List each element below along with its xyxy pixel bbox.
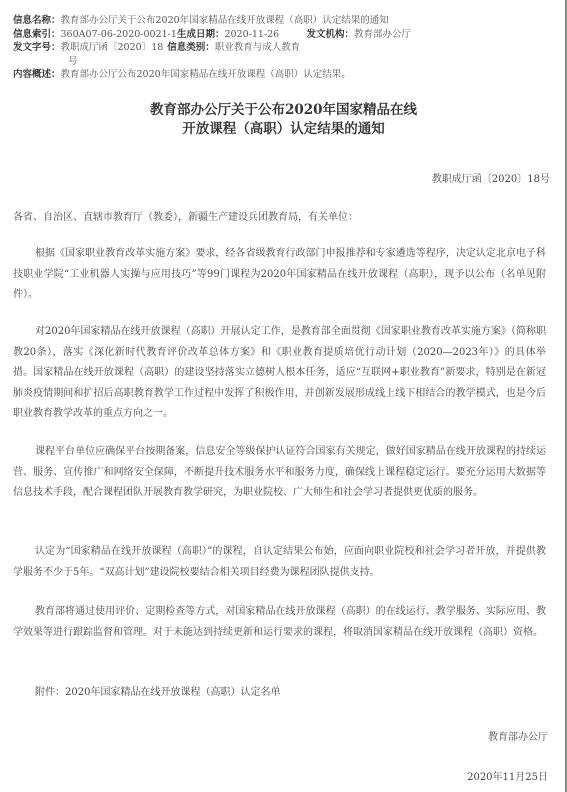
- paragraph-2: 对2020年国家精品在线开放课程（高职）开展认定工作，是教育部全面贯彻《国家职业…: [13, 322, 546, 425]
- meta-docnum-label: 发文字号：: [13, 41, 61, 55]
- document-page: 信息名称： 教育部办公厅关于公布2020年国家精品在线开放课程（高职）认定结果的…: [0, 0, 567, 792]
- meta-row-name: 信息名称： 教育部办公厅关于公布2020年国家精品在线开放课程（高职）认定结果的…: [13, 14, 411, 28]
- metadata-table: 信息名称： 教育部办公厅关于公布2020年国家精品在线开放课程（高职）认定结果的…: [13, 14, 411, 82]
- paragraph-5: 教育部将通过使用评价、定期检查等方式，对国家精品在线开放课程（高职）的在线运行、…: [13, 602, 546, 643]
- meta-row-docnum: 发文字号： 教职成厅函〔2020〕18 信息类别： 职业教育与成人教育: [13, 41, 411, 55]
- document-number: 教职成厅函〔2020〕18号: [432, 170, 550, 185]
- meta-row-index: 信息索引： 360A07-06-2020-0021-1 生成日期： 2020-1…: [13, 28, 411, 42]
- title-line-2: 开放课程（高职）认定结果的通知: [0, 120, 567, 139]
- attachment-note: 附件：2020年国家精品在线开放课程（高职）认定名单: [13, 683, 546, 704]
- meta-org-value: 教育部办公厅: [354, 28, 411, 42]
- meta-date-label: 生成日期：: [177, 28, 225, 42]
- meta-index-value: 360A07-06-2020-0021-1: [61, 28, 177, 42]
- meta-docnum-value: 教职成厅函〔2020〕18: [61, 41, 168, 55]
- meta-index-label: 信息索引：: [13, 28, 61, 42]
- meta-category-value: 职业教育与成人教育: [215, 41, 301, 55]
- paragraph-4: 认定为“国家精品在线开放课程（高职）”的课程，自认定结果公布始，应面向职业院校和…: [13, 542, 546, 583]
- signature-date: 2020年11月25日: [467, 768, 548, 783]
- meta-summary-value: 教育部办公厅公布2020年国家精品在线开放课程（高职）认定结果。: [61, 68, 351, 82]
- meta-docnum-continuation: 号: [13, 55, 411, 69]
- meta-name-label: 信息名称：: [13, 14, 61, 28]
- meta-category-label: 信息类别：: [167, 41, 215, 55]
- meta-row-summary: 内容概述： 教育部办公厅公布2020年国家精品在线开放课程（高职）认定结果。: [13, 68, 411, 82]
- signature-org: 教育部办公厅: [488, 728, 548, 743]
- page-title: 教育部办公厅关于公布2020年国家精品在线 开放课程（高职）认定结果的通知: [0, 101, 567, 139]
- meta-name-value: 教育部办公厅关于公布2020年国家精品在线开放课程（高职）认定结果的通知: [61, 14, 389, 28]
- meta-date-value: 2020-11-26: [224, 28, 306, 42]
- paragraph-1: 根据《国家职业教育改革实施方案》要求，经各省级教育行政部门申报推荐和专家遴选等程…: [13, 244, 546, 306]
- meta-org-label: 发文机构：: [306, 28, 354, 42]
- salutation: 各省、自治区、直辖市教育厅（教委），新疆生产建设兵团教育局，有关单位：: [13, 208, 358, 223]
- paragraph-3: 课程平台单位应确保平台按期备案，信息安全等级保护认证符合国家有关规定，做好国家精…: [13, 442, 546, 504]
- title-line-1: 教育部办公厅关于公布2020年国家精品在线: [0, 101, 567, 120]
- meta-summary-label: 内容概述：: [13, 68, 61, 82]
